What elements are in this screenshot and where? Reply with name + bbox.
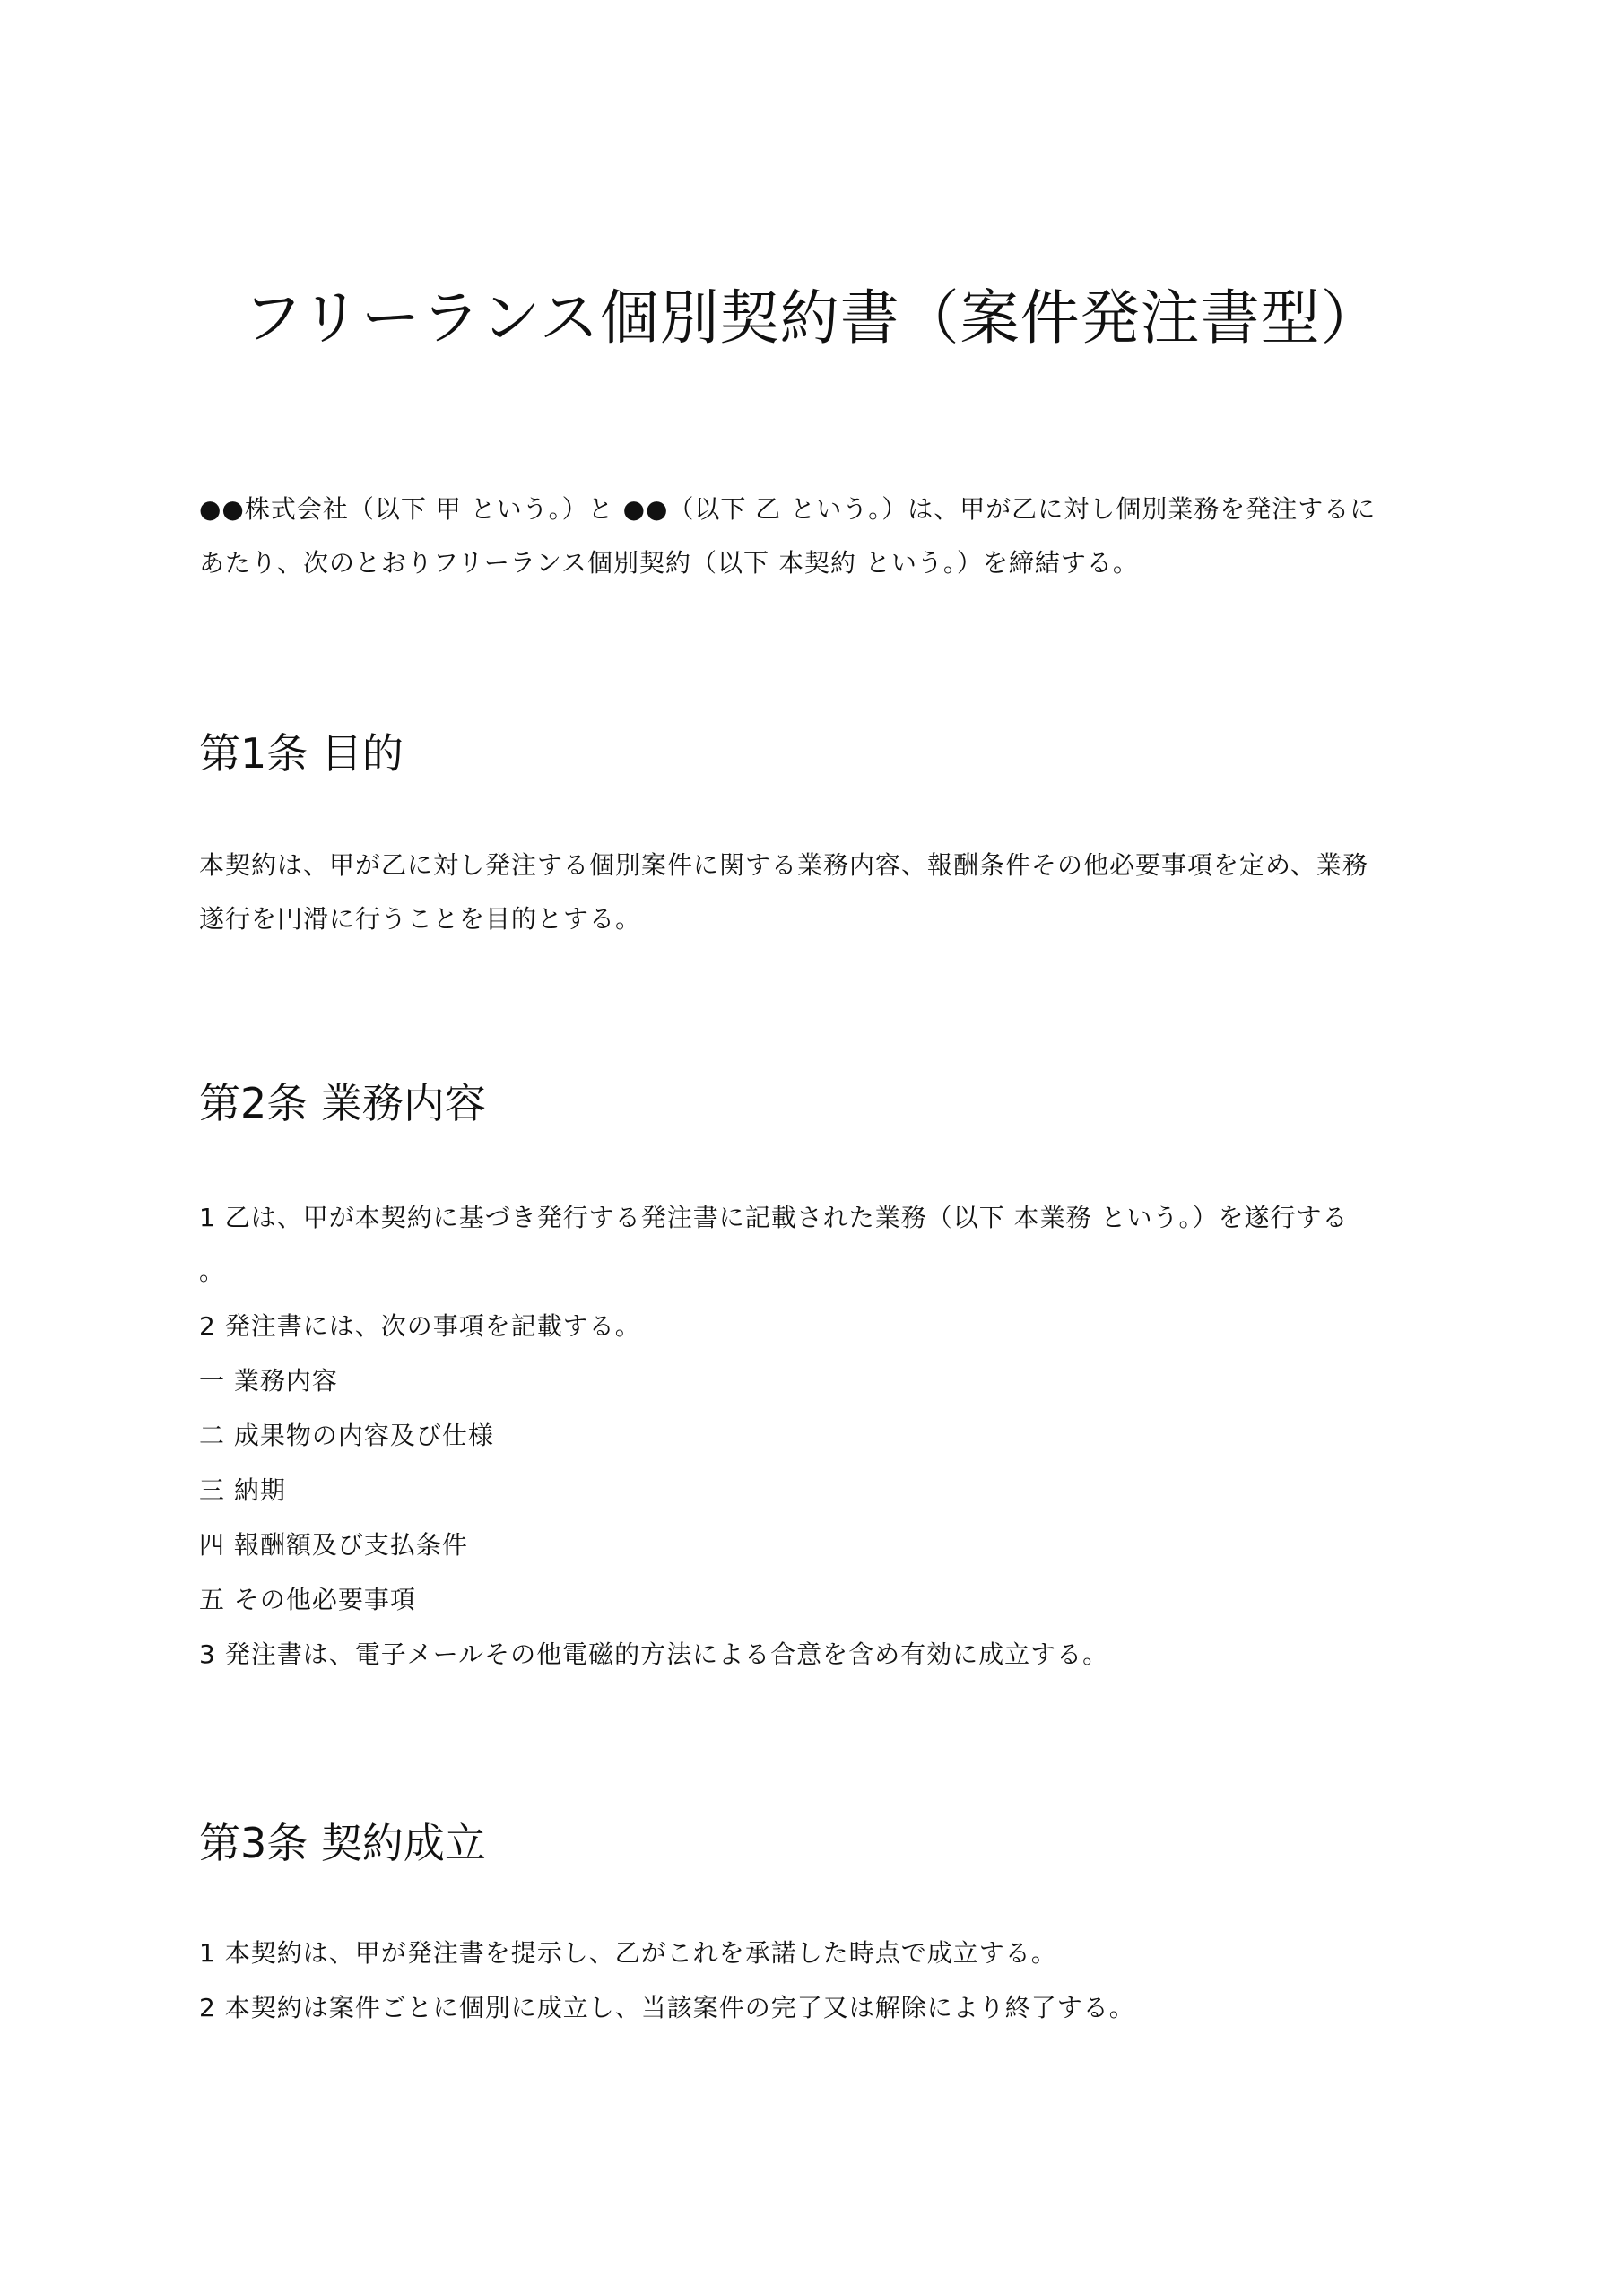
article-2-list-item: 五 その他必要事項 [199,1582,416,1618]
article-3-line: 1 本契約は、甲が発注書を提示し、乙がこれを承諾した時点で成立する。 [199,1935,1057,1971]
preamble-line: ●●株式会社（以下 甲 という。）と ●●（以下 乙 という。）は、甲が乙に対し… [199,491,1376,527]
article-2-list-item: 三 納期 [199,1473,286,1509]
article-2-heading: 第2条 業務内容 [199,1076,486,1130]
preamble-line: あたり、次のとおりフリーランス個別契約（以下 本契約 という。）を締結する。 [199,545,1139,581]
article-3-line: 2 本契約は案件ごとに個別に成立し、当該案件の完了又は解除により終了する。 [199,1990,1135,2026]
article-2-list-item: 二 成果物の内容及び仕様 [199,1418,494,1454]
article-2-list-item: 一 業務内容 [199,1363,338,1399]
article-2-line: 3 発注書は、電子メールその他電磁的方法による合意を含め有効に成立する。 [199,1637,1108,1673]
article-1-line: 本契約は、甲が乙に対し発注する個別案件に関する業務内容、報酬条件その他必要事項を… [199,848,1368,883]
document-title: フリーランス個別契約書（案件発注書型） [0,278,1624,359]
article-2-line: 2 発注書には、次の事項を記載する。 [199,1309,641,1344]
article-2-list-item: 四 報酬額及び支払条件 [199,1527,468,1563]
article-1-line: 遂行を円滑に行うことを目的とする。 [199,901,641,937]
article-2-line: 1 乙は、甲が本契約に基づき発行する発注書に記載された業務（以下 本業務 という… [199,1200,1349,1236]
article-1-heading: 第1条 目的 [199,726,404,780]
article-2-line: 。 [199,1254,225,1290]
article-3-heading: 第3条 契約成立 [199,1816,486,1870]
document-page: フリーランス個別契約書（案件発注書型） ●●株式会社（以下 甲 という。）と ●… [0,0,1624,2296]
